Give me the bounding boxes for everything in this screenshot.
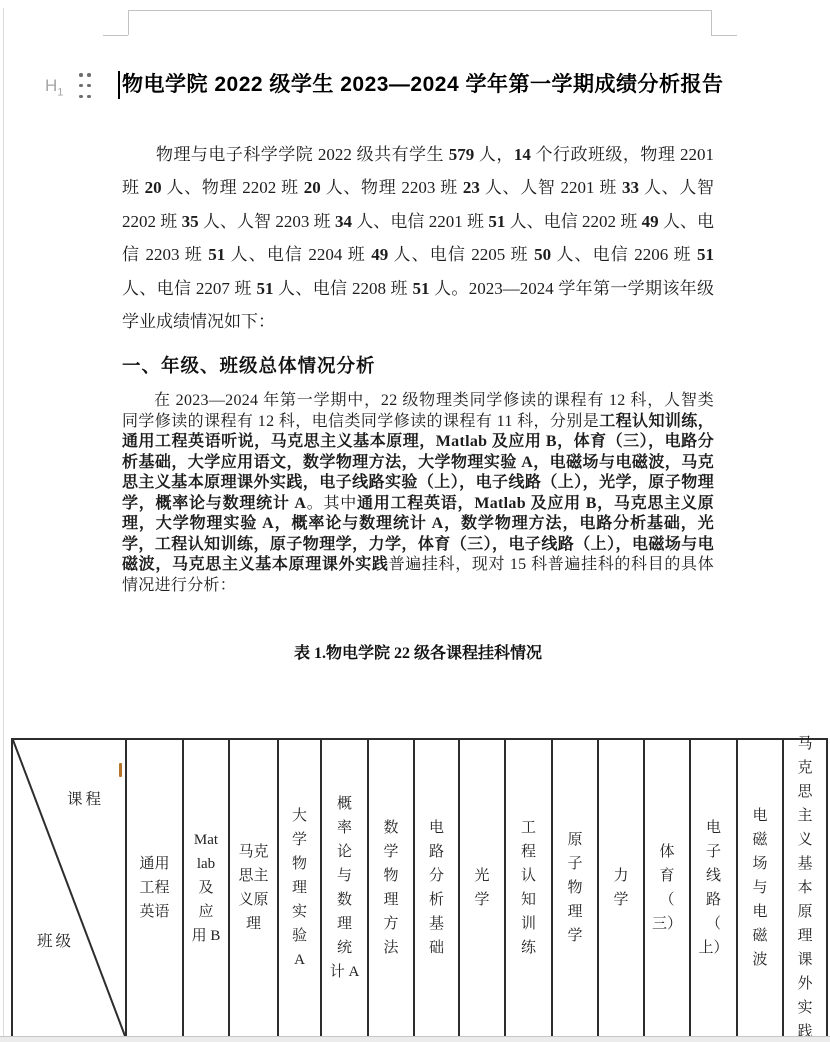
bold-text-run: 35 <box>182 212 199 231</box>
text-run: 人、人智 2203 班 <box>199 212 335 231</box>
heading-badge-letter: H <box>45 76 57 95</box>
course-name: 光 学 <box>474 864 489 912</box>
grade-table: 课程 班级 通用 工程 英语Mat lab 及 应 用 B马克 思主 义原 理大… <box>11 738 828 1036</box>
corner-label-course: 课程 <box>67 788 104 812</box>
course-header-cell[interactable]: 电 子 线 路 （ 上） <box>691 740 738 1036</box>
course-name: 马 克 思 主 义 基 本 原 理 课 外 实 践 <box>797 732 812 1042</box>
bold-text-run: 51 <box>256 279 273 298</box>
bold-text-run: 51 <box>412 279 429 298</box>
bold-text-run: 51 <box>488 212 505 231</box>
course-name: Mat lab 及 应 用 B <box>192 828 221 948</box>
text-boundary-left-drop <box>128 10 129 35</box>
text-run: 人， <box>474 145 514 164</box>
course-name: 电 路 分 析 基 础 <box>429 816 444 960</box>
bold-text-run: 49 <box>371 245 388 264</box>
text-boundary-left-tick <box>103 35 128 36</box>
course-header-cell[interactable]: 马克 思主 义原 理 <box>230 740 279 1036</box>
text-run: 物理与电子科学学院 2022 级共有学生 <box>156 145 449 164</box>
bold-text-run: 50 <box>534 245 551 264</box>
course-name: 力 学 <box>613 864 628 912</box>
text-run: 人、物理 2203 班 <box>321 178 463 197</box>
text-cursor <box>118 71 120 99</box>
course-header-cell[interactable]: 原 子 物 理 学 <box>553 740 599 1036</box>
course-name: 概 率 论 与 数 理 统 计 A <box>330 792 360 984</box>
text-boundary-right-drop <box>711 10 712 35</box>
text-run: 。其中 <box>306 495 357 512</box>
course-header-cell[interactable]: 马 克 思 主 义 基 本 原 理 课 外 实 践 <box>784 740 828 1036</box>
text-run: 人、电信 2204 班 <box>225 245 371 264</box>
bold-text-run: 23 <box>463 178 480 197</box>
course-header-cell[interactable]: 通用 工程 英语 <box>127 740 184 1036</box>
intro-paragraph[interactable]: 物理与电子科学学院 2022 级共有学生 579 人，14 个行政班级，物理 2… <box>122 138 714 338</box>
course-header-cell[interactable]: 工 程 认 知 训 练 <box>506 740 553 1036</box>
document-title[interactable]: 物电学院 2022 级学生 2023—2024 学年第一学期成绩分析报告 <box>122 70 722 100</box>
course-name: 电 磁 场 与 电 磁 波 <box>752 804 767 972</box>
course-name: 电 子 线 路 （ 上） <box>698 816 728 960</box>
text-boundary-top <box>128 10 711 11</box>
heading-badge-level: 1 <box>57 86 63 98</box>
corner-label-class: 班级 <box>37 930 74 954</box>
page-edge-line <box>3 8 4 1036</box>
edit-marker <box>119 763 122 777</box>
bold-text-run: 20 <box>304 178 321 197</box>
bold-text-run: 49 <box>642 212 659 231</box>
text-run: 人、电信 2206 班 <box>551 245 697 264</box>
bold-text-run: 579 <box>449 145 475 164</box>
diagonal-divider <box>13 740 125 1036</box>
analysis-paragraph[interactable]: 在 2023—2024 年第一学期中，22 级物理类同学修读的课程有 12 科，… <box>122 391 714 596</box>
course-header-cell[interactable]: 大 学 物 理 实 验 A <box>279 740 322 1036</box>
course-name: 大 学 物 理 实 验 A <box>292 804 307 972</box>
text-run: 人、电信 2205 班 <box>388 245 534 264</box>
course-name: 体 育 （ 三） <box>652 840 682 936</box>
text-run: 人、人智 2201 班 <box>480 178 622 197</box>
bold-text-run: 51 <box>697 245 714 264</box>
table-caption[interactable]: 表 1.物电学院 22 级各课程挂科情况 <box>122 640 714 663</box>
course-header-cell[interactable]: Mat lab 及 应 用 B <box>184 740 230 1036</box>
table-corner-cell[interactable]: 课程 班级 <box>13 740 127 1036</box>
bold-text-run: 34 <box>335 212 352 231</box>
text-run: 人、物理 2202 班 <box>162 178 304 197</box>
course-header-cell[interactable]: 电 路 分 析 基 础 <box>415 740 460 1036</box>
text-run: 人、电信 2207 班 <box>122 279 256 298</box>
text-run: 人、电信 2201 班 <box>352 212 488 231</box>
bold-text-run: 51 <box>208 245 225 264</box>
course-header-cell[interactable]: 光 学 <box>460 740 506 1036</box>
course-header-cell[interactable]: 电 磁 场 与 电 磁 波 <box>738 740 784 1036</box>
section-heading[interactable]: 一、年级、班级总体情况分析 <box>122 352 376 378</box>
drag-handle-icon[interactable] <box>77 73 93 98</box>
course-name: 通用 工程 英语 <box>139 852 169 924</box>
bold-text-run: 20 <box>145 178 162 197</box>
bold-text-run: 33 <box>622 178 639 197</box>
course-header-cell[interactable]: 数 学 物 理 方 法 <box>369 740 415 1036</box>
course-header-cell[interactable]: 概 率 论 与 数 理 统 计 A <box>322 740 369 1036</box>
course-name: 工 程 认 知 训 练 <box>521 816 536 960</box>
course-name: 马克 思主 义原 理 <box>238 840 268 936</box>
bold-text-run: 14 <box>514 145 531 164</box>
document-page: H1 物电学院 2022 级学生 2023—2024 学年第一学期成绩分析报告 … <box>0 0 830 1042</box>
text-run: 人、电信 2202 班 <box>505 212 641 231</box>
text-run: 人、电信 2208 班 <box>273 279 412 298</box>
course-name: 原 子 物 理 学 <box>567 828 582 948</box>
course-header-cell[interactable]: 力 学 <box>599 740 645 1036</box>
text-boundary-right-tick <box>711 35 737 36</box>
course-header-cell[interactable]: 体 育 （ 三） <box>645 740 691 1036</box>
heading-level-badge: H1 <box>45 76 63 102</box>
page-bottom-edge <box>0 1036 830 1042</box>
course-name: 数 学 物 理 方 法 <box>383 816 398 960</box>
